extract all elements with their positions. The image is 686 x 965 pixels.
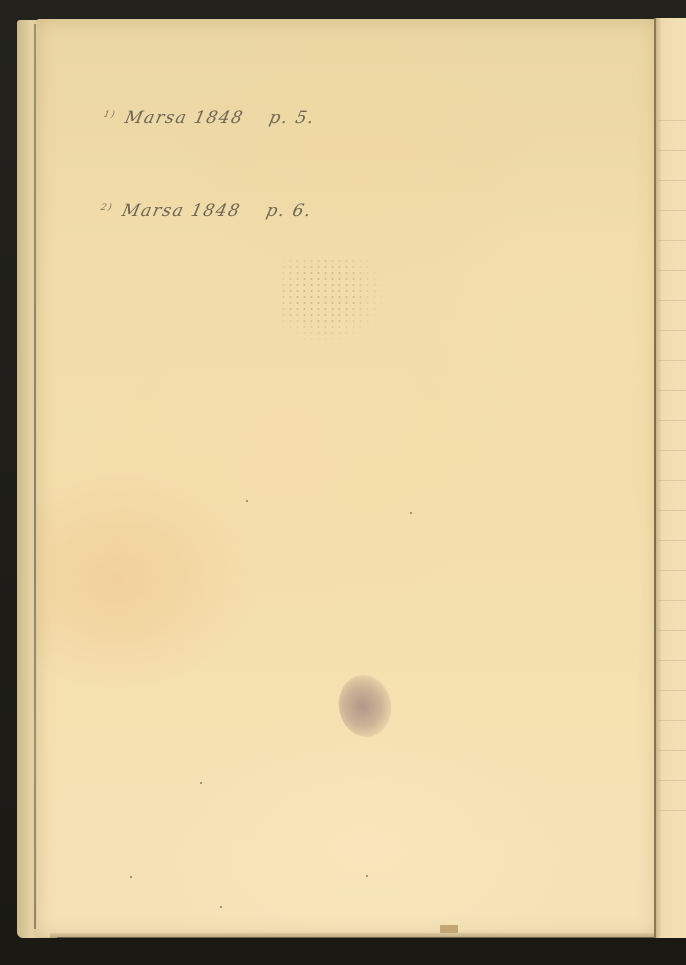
ruled-line bbox=[658, 270, 686, 271]
footnote-page-ref: p. 5. bbox=[267, 108, 317, 128]
ruled-line bbox=[658, 660, 686, 661]
ruled-line bbox=[658, 780, 686, 781]
ruled-line bbox=[658, 330, 686, 331]
book-gutter bbox=[654, 18, 656, 938]
footnote-1: 1)Marsa 1848p. 5. bbox=[101, 108, 317, 128]
page-bottom-edge bbox=[50, 933, 655, 938]
facing-page-edge bbox=[656, 18, 686, 938]
ruled-line bbox=[658, 480, 686, 481]
ruled-line bbox=[658, 420, 686, 421]
ruled-line bbox=[658, 750, 686, 751]
page-edge-line bbox=[34, 24, 36, 929]
manuscript-scan: 1)Marsa 1848p. 5. 2)Marsa 1848p. 6. bbox=[0, 0, 686, 965]
ruled-line bbox=[658, 690, 686, 691]
footnote-source: Marsa 1848 bbox=[123, 108, 245, 128]
footnote-page-ref: p. 6. bbox=[264, 201, 314, 221]
ruled-line bbox=[658, 300, 686, 301]
ruled-line bbox=[658, 720, 686, 721]
paper-spot bbox=[130, 876, 132, 878]
ruled-line bbox=[658, 450, 686, 451]
paper-spot bbox=[410, 512, 412, 514]
ruled-line bbox=[658, 570, 686, 571]
paper-spot bbox=[246, 500, 248, 502]
ruled-line bbox=[658, 240, 686, 241]
foxing-speckles bbox=[280, 258, 390, 348]
ruled-line bbox=[658, 360, 686, 361]
ruled-line bbox=[658, 630, 686, 631]
ruled-line bbox=[658, 600, 686, 601]
footnote-source: Marsa 1848 bbox=[120, 201, 242, 221]
ruled-line bbox=[658, 210, 686, 211]
paper-spot bbox=[220, 906, 222, 908]
footnote-marker: 1) bbox=[103, 110, 117, 120]
paper-spot bbox=[366, 875, 368, 877]
ruled-line bbox=[658, 120, 686, 121]
ruled-line bbox=[658, 810, 686, 811]
manuscript-page bbox=[37, 19, 657, 937]
footnote-2: 2)Marsa 1848p. 6. bbox=[98, 201, 314, 221]
ruled-line bbox=[658, 390, 686, 391]
ruled-line bbox=[658, 510, 686, 511]
ruled-line bbox=[658, 150, 686, 151]
ruled-line bbox=[658, 540, 686, 541]
paper-spot bbox=[200, 782, 202, 784]
page-tab-mark bbox=[440, 925, 458, 933]
ruled-line bbox=[658, 180, 686, 181]
footnote-marker: 2) bbox=[100, 203, 114, 213]
